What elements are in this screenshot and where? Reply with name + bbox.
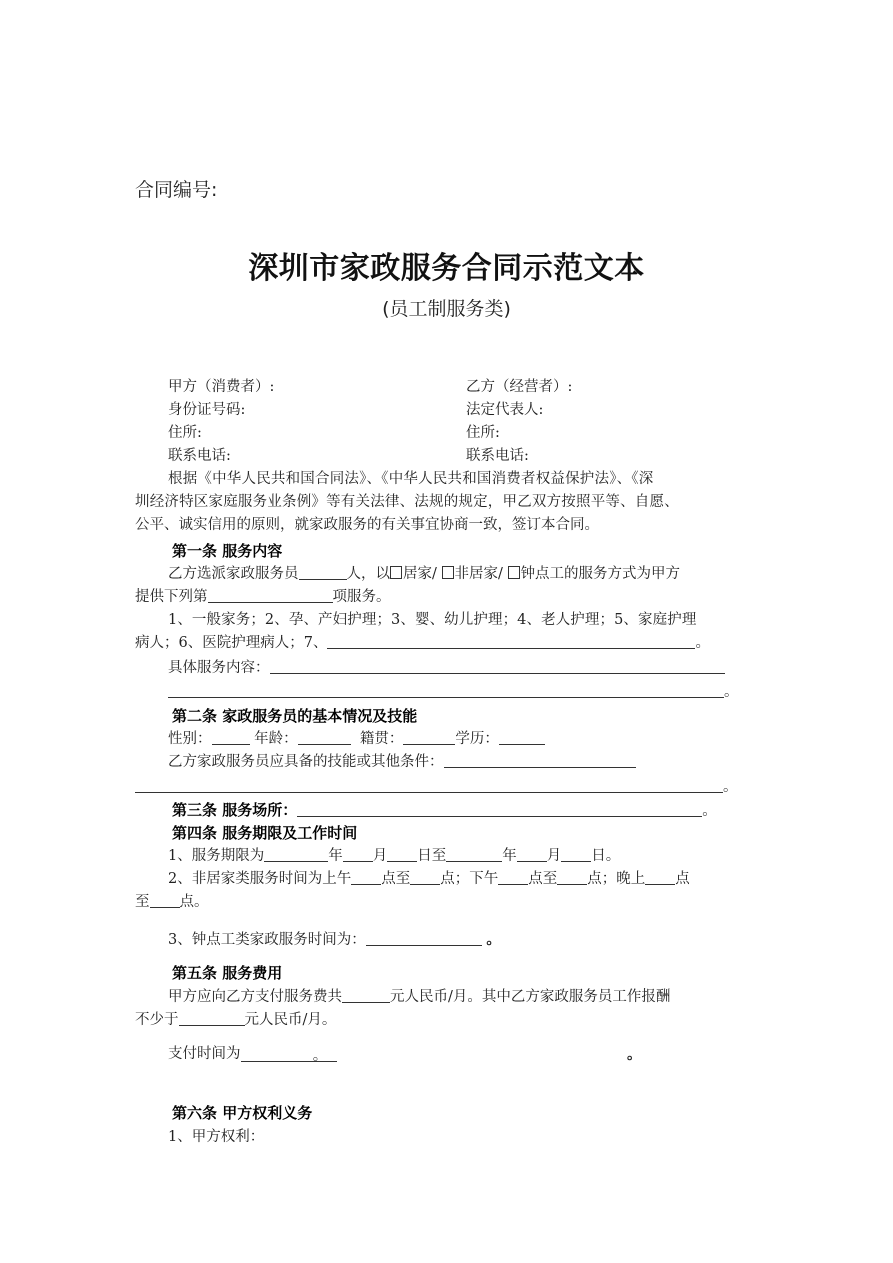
service-detail-field[interactable] (270, 657, 725, 674)
hourly-label: 钟点工的服务方式为甲方 (521, 566, 681, 582)
text: 点；下午 (440, 871, 498, 887)
article-4-line-1: 1、服务期限为年月日至年月日。 (168, 845, 620, 868)
staff-count-field[interactable] (299, 563, 347, 580)
age-field[interactable] (298, 728, 351, 745)
text: 2、非居家类服务时间为上午 (168, 871, 351, 887)
live-in-label: 居家/ (403, 566, 442, 582)
party-a-id-label: 身份证号码: (168, 399, 245, 422)
other-service-field[interactable] (327, 632, 695, 649)
education-label: 学历： (455, 731, 499, 747)
article-6-line-1: 1、甲方权利： (168, 1126, 264, 1149)
end-day-field[interactable] (561, 845, 591, 862)
text: 1、服务期限为 (168, 848, 264, 864)
text: 月 (373, 848, 388, 864)
party-b-phone-label: 联系电话: (466, 445, 529, 468)
contract-number-label: 合同编号: (135, 175, 217, 202)
text: 甲方应向乙方支付服务费共 (168, 989, 342, 1005)
non-live-in-checkbox[interactable] (442, 566, 454, 579)
text: 年 (502, 848, 517, 864)
article-6-heading: 第六条 甲方权利义务 (172, 1102, 312, 1125)
article-2-line-3: 。 (135, 776, 738, 799)
skills-field-2[interactable] (135, 776, 723, 793)
article-5-line-2: 不少于元人民币/月。 (135, 1009, 336, 1032)
party-b-label: 乙方（经营者）: (466, 376, 572, 399)
service-detail-label: 具体服务内容： (168, 660, 270, 676)
text: 点；晚上 (587, 871, 645, 887)
text: 点至 (528, 871, 557, 887)
hourly-time-field[interactable] (366, 929, 482, 946)
hourly-checkbox[interactable] (508, 566, 520, 579)
skills-field[interactable] (444, 751, 636, 768)
article-1-line-2: 提供下列第项服务。 (135, 586, 391, 609)
text: 点至 (381, 871, 410, 887)
preamble-line-2: 圳经济特区家庭服务业条例》等有关法律、法规的规定，甲乙双方按照平等、自愿、 (135, 491, 679, 514)
text: 点 (675, 871, 690, 887)
party-b-address-label: 住所: (466, 422, 500, 445)
article-5-line-3: 支付时间为。 (168, 1043, 337, 1066)
text: 。 (723, 779, 738, 795)
end-month-field[interactable] (517, 845, 547, 862)
party-a-phone-label: 联系电话: (168, 445, 231, 468)
text: 。 (313, 1048, 328, 1064)
non-live-in-label: 非居家/ (455, 566, 508, 582)
text: 日。 (591, 848, 620, 864)
text: 年 (328, 848, 343, 864)
text: 不少于 (135, 1012, 179, 1028)
article-1-line-1: 乙方选派家政服务员人，以居家/ 非居家/ 钟点工的服务方式为甲方 (168, 563, 680, 586)
preamble-line-1: 根据《中华人民共和国合同法》、《中华人民共和国消费者权益保护法》、《深 (168, 468, 654, 491)
text: 。 (724, 684, 739, 700)
native-place-field[interactable] (403, 728, 455, 745)
article-4-line-4: 3、钟点工类家政服务时间为： 。 (168, 928, 501, 951)
article-1-line-4: 病人；6、医院护理病人；7、。 (135, 632, 710, 655)
article-5-line-1: 甲方应向乙方支付服务费共元人民币/月。其中乙方家政服务员工作报酬 (168, 986, 670, 1009)
text: 人，以 (347, 566, 391, 582)
age-label: 年龄： (254, 731, 298, 747)
education-field[interactable] (499, 728, 545, 745)
article-4-line-2: 2、非居家类服务时间为上午点至点；下午点至点；晚上点 (168, 868, 690, 891)
service-fee-field[interactable] (342, 986, 390, 1003)
text: 项服务。 (333, 589, 391, 605)
start-day-field[interactable] (387, 845, 417, 862)
text: 元人民币/月。其中乙方家政服务员工作报酬 (390, 989, 670, 1005)
text: 至 (135, 894, 150, 910)
text: 病人；6、医院护理病人；7、 (135, 635, 327, 651)
stray-period: 。 (627, 1043, 642, 1066)
article-3-line: 第三条 服务场所：。 (172, 799, 717, 822)
article-4-line-3: 至点。 (135, 891, 209, 914)
article-4-heading: 第四条 服务期限及工作时间 (172, 822, 357, 845)
preamble-line-3: 公平、诚实信用的原则，就家政服务的有关事宜协商一致，签订本合同。 (135, 514, 599, 537)
article-1-line-5: 具体服务内容： (168, 657, 725, 680)
text: 。 (695, 635, 710, 651)
evening-start-field[interactable] (645, 868, 675, 885)
text: 点。 (180, 894, 209, 910)
party-a-address-label: 住所: (168, 422, 202, 445)
service-location-field[interactable] (297, 800, 702, 817)
text: 提供下列第 (135, 589, 208, 605)
document-subtitle: (员工制服务类) (0, 294, 893, 321)
pm-end-field[interactable] (557, 868, 587, 885)
start-year-field[interactable] (264, 845, 328, 862)
text: 支付时间为 (168, 1046, 241, 1062)
service-items-field[interactable] (208, 586, 333, 603)
article-2-heading: 第二条 家政服务员的基本情况及技能 (172, 705, 417, 728)
payment-time-field[interactable]: 。 (241, 1045, 337, 1062)
evening-end-field[interactable] (150, 891, 180, 908)
skills-label: 乙方家政服务员应具备的技能或其他条件： (168, 754, 444, 770)
party-a-label: 甲方（消费者）: (168, 376, 274, 399)
gender-label: 性别： (168, 731, 212, 747)
text: 元人民币/月。 (245, 1012, 337, 1028)
article-5-heading: 第五条 服务费用 (172, 962, 282, 985)
live-in-checkbox[interactable] (390, 566, 402, 579)
am-start-field[interactable] (351, 868, 381, 885)
min-salary-field[interactable] (179, 1009, 245, 1026)
article-2-line-2: 乙方家政服务员应具备的技能或其他条件： (168, 751, 636, 774)
article-1-heading: 第一条 服务内容 (172, 540, 282, 563)
article-1-line-3: 1、一般家务；2、孕、产妇护理；3、婴、幼儿护理；4、老人护理；5、家庭护理 (168, 609, 696, 632)
party-b-rep-label: 法定代表人: (466, 399, 543, 422)
pm-start-field[interactable] (498, 868, 528, 885)
text: 3、钟点工类家政服务时间为： (168, 932, 366, 948)
text: 。 (486, 931, 501, 948)
start-month-field[interactable] (343, 845, 373, 862)
article-2-line-1: 性别： 年龄： 籍贯：学历： (168, 728, 545, 751)
text: 日至 (417, 848, 446, 864)
text: 。 (702, 803, 717, 819)
text: 月 (547, 848, 562, 864)
am-end-field[interactable] (410, 868, 440, 885)
gender-field[interactable] (212, 728, 250, 745)
text: 乙方选派家政服务员 (168, 566, 299, 582)
document-title: 深圳市家政服务合同示范文本 (0, 243, 893, 287)
article-3-heading: 第三条 服务场所： (172, 801, 297, 819)
service-detail-field-2[interactable] (168, 681, 724, 698)
end-year-field[interactable] (446, 845, 502, 862)
article-1-line-6: 。 (168, 681, 739, 704)
native-place-label: 籍贯： (360, 731, 404, 747)
